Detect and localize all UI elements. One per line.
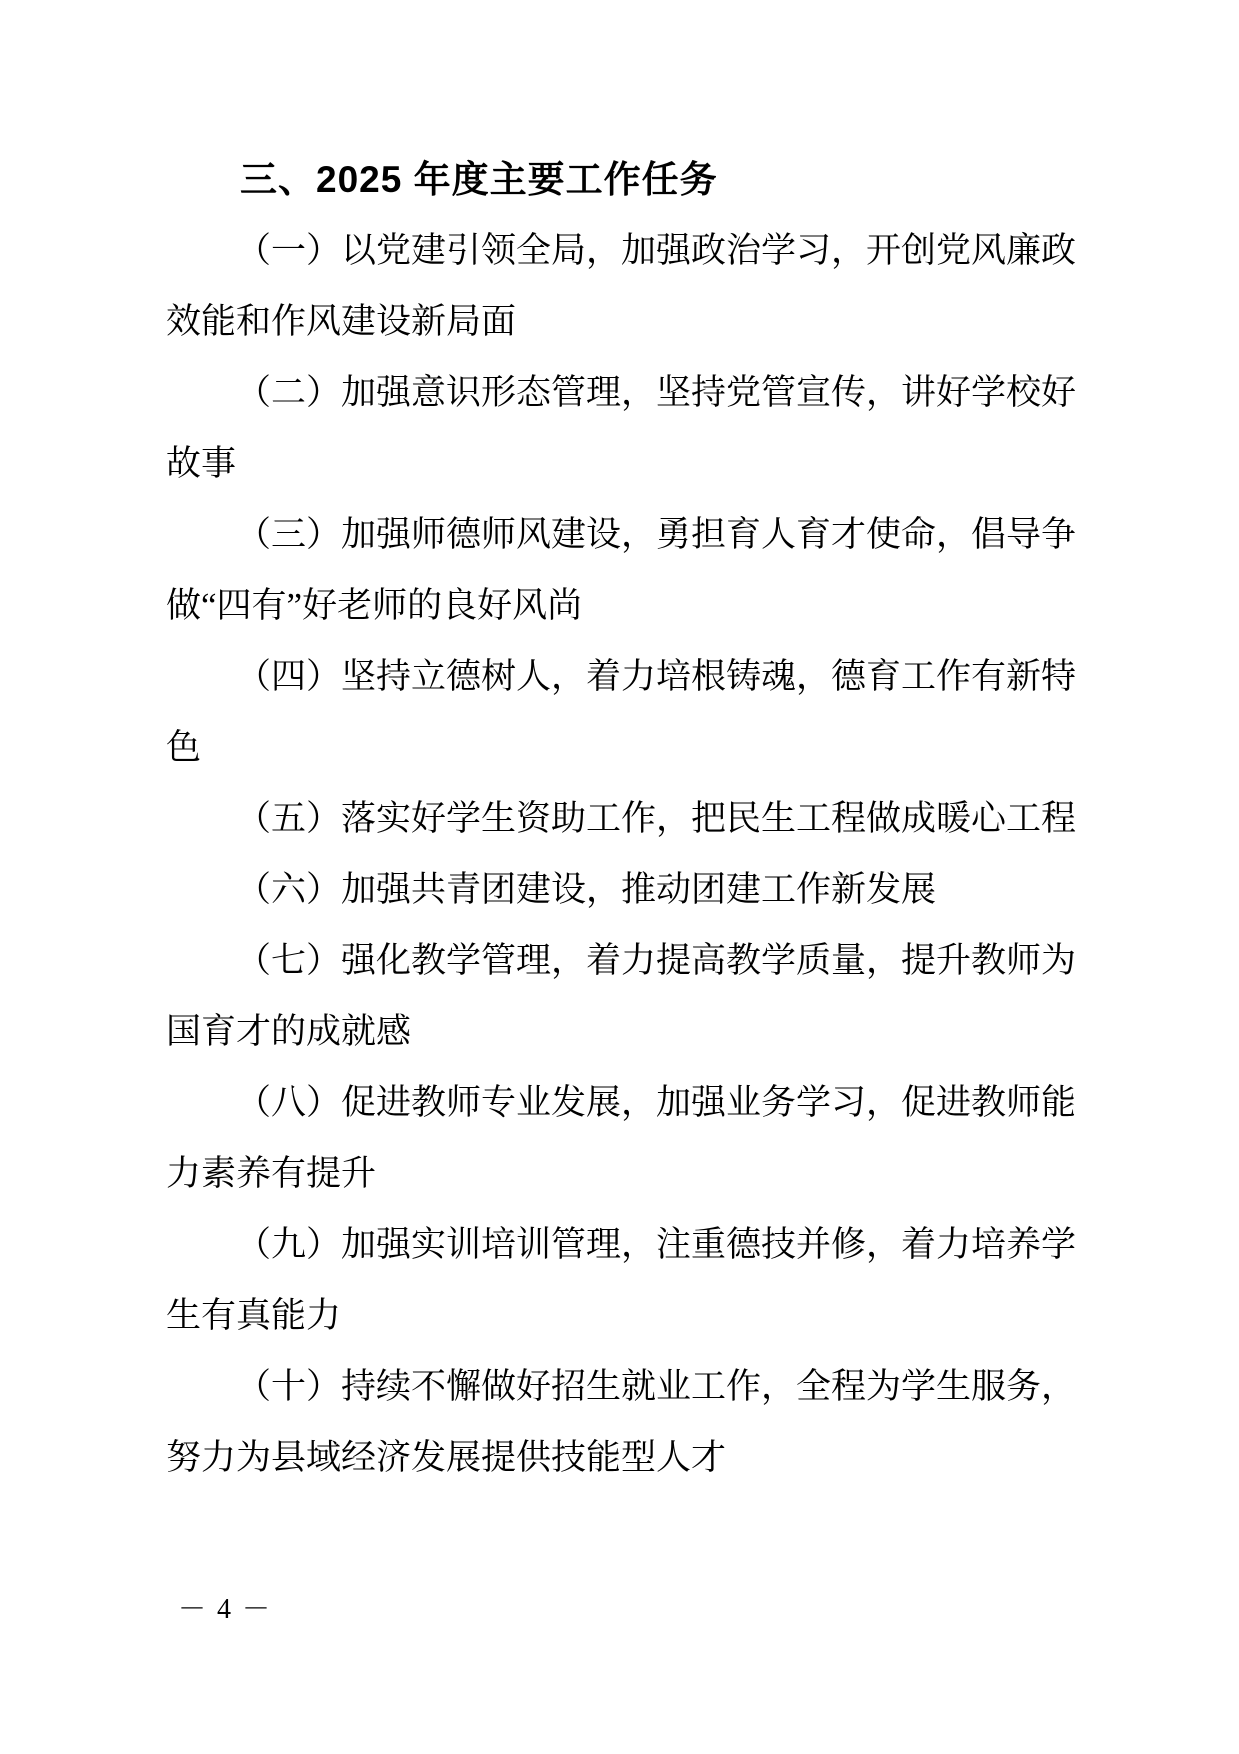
task-item-7: （七）强化教学管理，着力提高教学质量，提升教师为国育才的成就感 bbox=[166, 925, 1076, 1067]
task-item-5: （五）落实好学生资助工作，把民生工程做成暖心工程 bbox=[166, 783, 1076, 854]
task-item-1: （一）以党建引领全局，加强政治学习，开创党风廉政效能和作风建设新局面 bbox=[166, 215, 1076, 357]
page-number: － 4 － bbox=[178, 1593, 272, 1627]
task-item-8: （八）促进教师专业发展，加强业务学习，促进教师能力素养有提升 bbox=[166, 1067, 1076, 1209]
task-item-10: （十）持续不懈做好招生就业工作，全程为学生服务，努力为县域经济发展提供技能型人才 bbox=[166, 1351, 1076, 1493]
section-heading: 三、2025 年度主要工作任务 bbox=[166, 144, 1076, 215]
task-item-4: （四）坚持立德树人，着力培根铸魂，德育工作有新特色 bbox=[166, 641, 1076, 783]
document-page: 三、2025 年度主要工作任务 （一）以党建引领全局，加强政治学习，开创党风廉政… bbox=[0, 0, 1239, 1754]
task-item-6: （六）加强共青团建设，推动团建工作新发展 bbox=[166, 854, 1076, 925]
document-body: 三、2025 年度主要工作任务 （一）以党建引领全局，加强政治学习，开创党风廉政… bbox=[166, 144, 1076, 1493]
task-item-9: （九）加强实训培训管理，注重德技并修，着力培养学生有真能力 bbox=[166, 1209, 1076, 1351]
task-item-3: （三）加强师德师风建设，勇担育人育才使命，倡导争做“四有”好老师的良好风尚 bbox=[166, 499, 1076, 641]
task-item-2: （二）加强意识形态管理，坚持党管宣传，讲好学校好故事 bbox=[166, 357, 1076, 499]
